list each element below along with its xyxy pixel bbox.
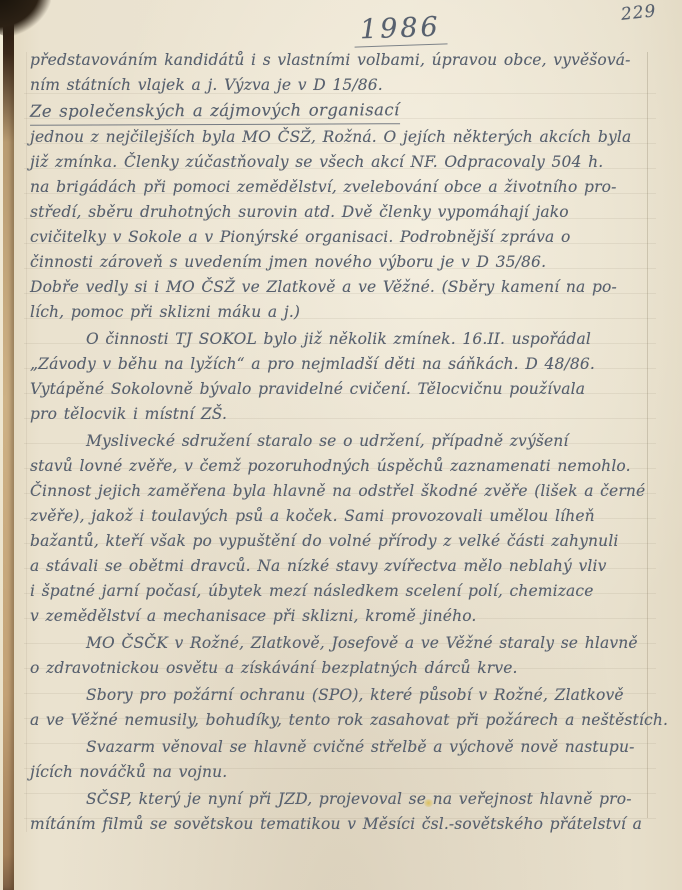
handwritten-line: středí, sběru druhotných surovin atd. Dv… (30, 200, 654, 225)
handwritten-line: Sbory pro požární ochranu (SPO), které p… (30, 683, 654, 708)
handwritten-line: na brigádách při pomoci zemědělství, zve… (30, 175, 654, 200)
handwritten-line: MO ČSČK v Rožné, Zlatkově, Josefově a ve… (30, 631, 654, 656)
paragraph: MO ČSČK v Rožné, Zlatkově, Josefově a ve… (30, 631, 654, 681)
year-heading: 1986 (0, 13, 682, 46)
handwritten-text-block: představováním kandidátů i s vlastními v… (30, 48, 654, 837)
handwritten-line: bažantů, kteří však po vypuštění do voln… (30, 529, 654, 554)
handwritten-line: představováním kandidátů i s vlastními v… (30, 48, 654, 73)
handwritten-line: Vytápěné Sokolovně bývalo pravidelné cvi… (30, 377, 654, 402)
left-margin-line (26, 52, 27, 832)
handwritten-line: v zemědělství a mechanisace při sklizni,… (30, 604, 654, 629)
handwritten-line: Myslivecké sdružení staralo se o udržení… (30, 429, 654, 454)
handwritten-line: ním státních vlajek a j. Výzva je v D 15… (30, 73, 654, 98)
paragraph: Svazarm věnoval se hlavně cvičné střelbě… (30, 735, 654, 785)
handwritten-line: činnosti zároveň s uvedením jmen nového … (30, 250, 654, 275)
handwritten-line: Činnost jejich zaměřena byla hlavně na o… (30, 479, 654, 504)
intro-paragraph: představováním kandidátů i s vlastními v… (30, 48, 654, 98)
handwritten-line: stavů lovné zvěře, v čemž pozoruhodných … (30, 454, 654, 479)
handwritten-line: pro tělocvik i místní ZŠ. (30, 402, 654, 427)
handwritten-line: a ve Věžné nemusily, bohudíky, tento rok… (30, 708, 654, 733)
handwritten-line: mítáním filmů se sovětskou tematikou v M… (30, 812, 654, 837)
paragraph: Myslivecké sdružení staralo se o udržení… (30, 429, 654, 629)
handwritten-line: Svazarm věnoval se hlavně cvičné střelbě… (30, 735, 654, 760)
section-heading: Ze společenských a zájmových organisací (30, 98, 654, 123)
handwritten-line: zvěře), jakož i toulavých psů a koček. S… (30, 504, 654, 529)
handwritten-line: lích, pomoc při sklizni máku a j.) (30, 300, 654, 325)
handwritten-line: jednou z nejčilejších byla MO ČSŽ, Rožná… (30, 125, 654, 150)
paragraph: Sbory pro požární ochranu (SPO), které p… (30, 683, 654, 733)
chronicle-page: 229 1986 představováním kandidátů i s vl… (0, 0, 682, 890)
paragraph: jednou z nejčilejších byla MO ČSŽ, Rožná… (30, 125, 654, 325)
year-heading-text: 1986 (353, 11, 447, 47)
handwritten-line: O činnosti TJ SOKOL bylo již několik zmí… (30, 327, 654, 352)
handwritten-line: Dobře vedly si i MO ČSŽ ve Zlatkově a ve… (30, 275, 654, 300)
paragraph: SČSP, který je nyní při JZD, projevoval … (30, 787, 654, 837)
handwritten-line: „Závody v běhu na lyžích“ a pro nejmladš… (30, 352, 654, 377)
body-paragraphs: jednou z nejčilejších byla MO ČSŽ, Rožná… (30, 125, 654, 837)
handwritten-line: jících nováčků na vojnu. (30, 760, 654, 785)
handwritten-line: o zdravotnickou osvětu a získávání bezpl… (30, 656, 654, 681)
handwritten-line: již zmínka. Členky zúčastňovaly se všech… (30, 150, 654, 175)
binding-edge-highlight (0, 0, 3, 890)
handwritten-line: cvičitelky v Sokole a v Pionýrské organi… (30, 225, 654, 250)
handwritten-line: a stávali se obětmi dravců. Na nízké sta… (30, 554, 654, 579)
handwritten-line: SČSP, který je nyní při JZD, projevoval … (30, 787, 654, 812)
handwritten-line: i špatné jarní počasí, úbytek mezí násle… (30, 579, 654, 604)
paragraph: O činnosti TJ SOKOL bylo již několik zmí… (30, 327, 654, 427)
section-heading-text: Ze společenských a zájmových organisací (30, 97, 400, 126)
